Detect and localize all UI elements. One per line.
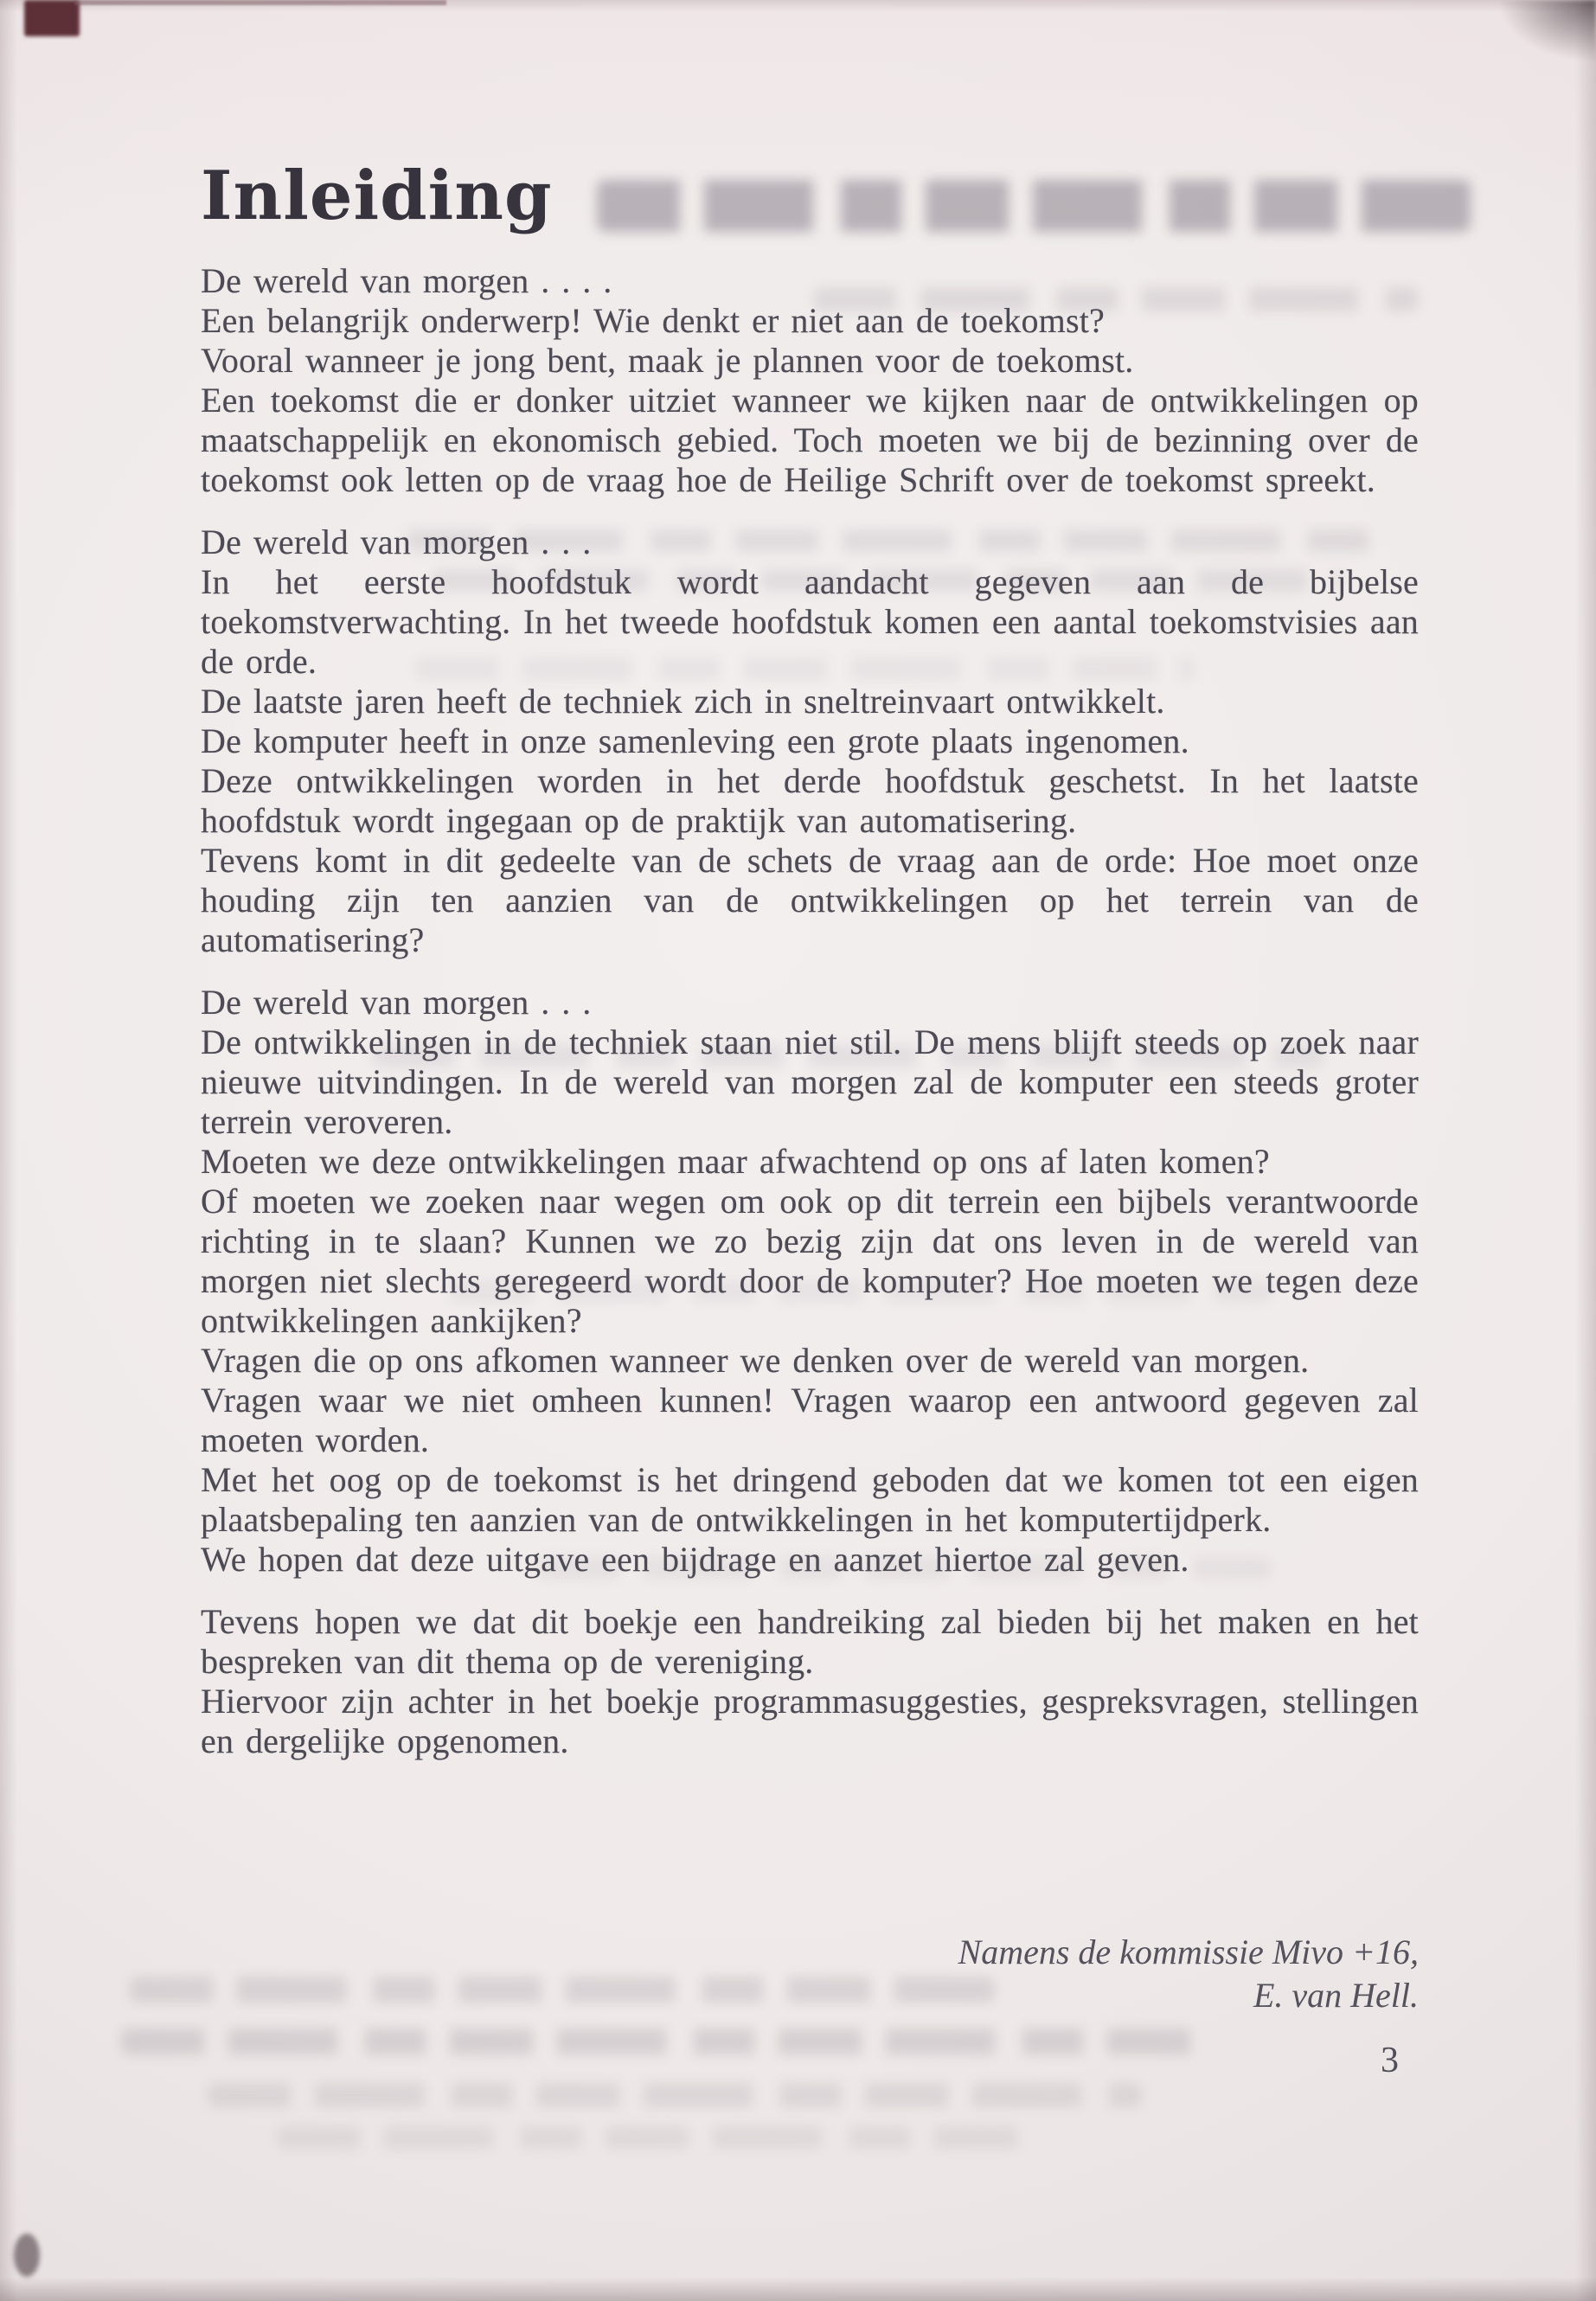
body-sentence: Vooral wanneer je jong bent, maak je pla… bbox=[201, 341, 1419, 381]
signature-line-author: E. van Hell. bbox=[958, 1974, 1419, 2017]
body-sentence: De wereld van morgen . . . . bbox=[201, 261, 1419, 301]
page-title: Inleiding bbox=[201, 161, 1419, 232]
scanned-book-page: Inleiding De wereld van morgen . . . .Ee… bbox=[0, 0, 1596, 2301]
scan-corner-mark-top-left bbox=[24, 0, 80, 36]
bleed-through-text bbox=[130, 1977, 995, 2003]
body-sentence: Deze ontwikkelingen worden in het derde … bbox=[201, 761, 1419, 841]
body-sentence: Tevens komt in dit gedeelte van de schet… bbox=[201, 841, 1419, 960]
body-sentence: Tevens hopen we dat dit boekje een handr… bbox=[201, 1602, 1419, 1682]
body-sentence: We hopen dat deze uitgave een bijdrage e… bbox=[201, 1540, 1419, 1580]
body-sentence: Een toekomst die er donker uitziet wanne… bbox=[201, 381, 1419, 500]
paragraph-block: Tevens hopen we dat dit boekje een handr… bbox=[201, 1602, 1419, 1761]
body-sentence: Hiervoor zijn achter in het boekje progr… bbox=[201, 1682, 1419, 1761]
body-sentence: Vragen waar we niet omheen kunnen! Vrage… bbox=[201, 1381, 1419, 1460]
body-text: De wereld van morgen . . . .Een belangri… bbox=[201, 261, 1419, 1761]
body-sentence: De wereld van morgen . . . bbox=[201, 522, 1419, 562]
bleed-through-text bbox=[121, 2029, 1211, 2054]
scan-edge-shadow-left bbox=[0, 0, 17, 2301]
body-sentence: Moeten we deze ontwikkelingen maar afwac… bbox=[201, 1142, 1419, 1182]
scan-edge-shadow-right bbox=[1575, 0, 1596, 2301]
body-sentence: De wereld van morgen . . . bbox=[201, 983, 1419, 1022]
page-number: 3 bbox=[1381, 2040, 1399, 2081]
paragraph-block: De wereld van morgen . . .De ontwikkelin… bbox=[201, 983, 1419, 1580]
bleed-through-text bbox=[277, 2126, 1038, 2149]
body-sentence: De ontwikkelingen in de techniek staan n… bbox=[201, 1022, 1419, 1142]
paragraph-block: De wereld van morgen . . . .Een belangri… bbox=[201, 261, 1419, 500]
body-sentence: Een belangrijk onderwerp! Wie denkt er n… bbox=[201, 301, 1419, 341]
signature-line-committee: Namens de kommissie Mivo +16, bbox=[958, 1931, 1419, 1974]
scan-edge-shadow-bottom bbox=[0, 2277, 1596, 2301]
body-sentence: De komputer heeft in onze samenleving ee… bbox=[201, 721, 1419, 761]
page-content: Inleiding De wereld van morgen . . . .Ee… bbox=[201, 0, 1419, 1761]
paragraph-block: De wereld van morgen . . .In het eerste … bbox=[201, 522, 1419, 960]
body-sentence: De laatste jaren heeft de techniek zich … bbox=[201, 682, 1419, 721]
scan-mark-bottom-left bbox=[14, 2234, 40, 2277]
bleed-through-text bbox=[208, 2083, 1142, 2107]
scan-corner-mark-top-right bbox=[1501, 0, 1596, 61]
body-sentence: In het eerste hoofdstuk wordt aandacht g… bbox=[201, 562, 1419, 682]
body-sentence: Vragen die op ons afkomen wanneer we den… bbox=[201, 1341, 1419, 1381]
body-sentence: Of moeten we zoeken naar wegen om ook op… bbox=[201, 1182, 1419, 1341]
signature-block: Namens de kommissie Mivo +16, E. van Hel… bbox=[958, 1931, 1419, 2017]
body-sentence: Met het oog op de toekomst is het dringe… bbox=[201, 1460, 1419, 1540]
